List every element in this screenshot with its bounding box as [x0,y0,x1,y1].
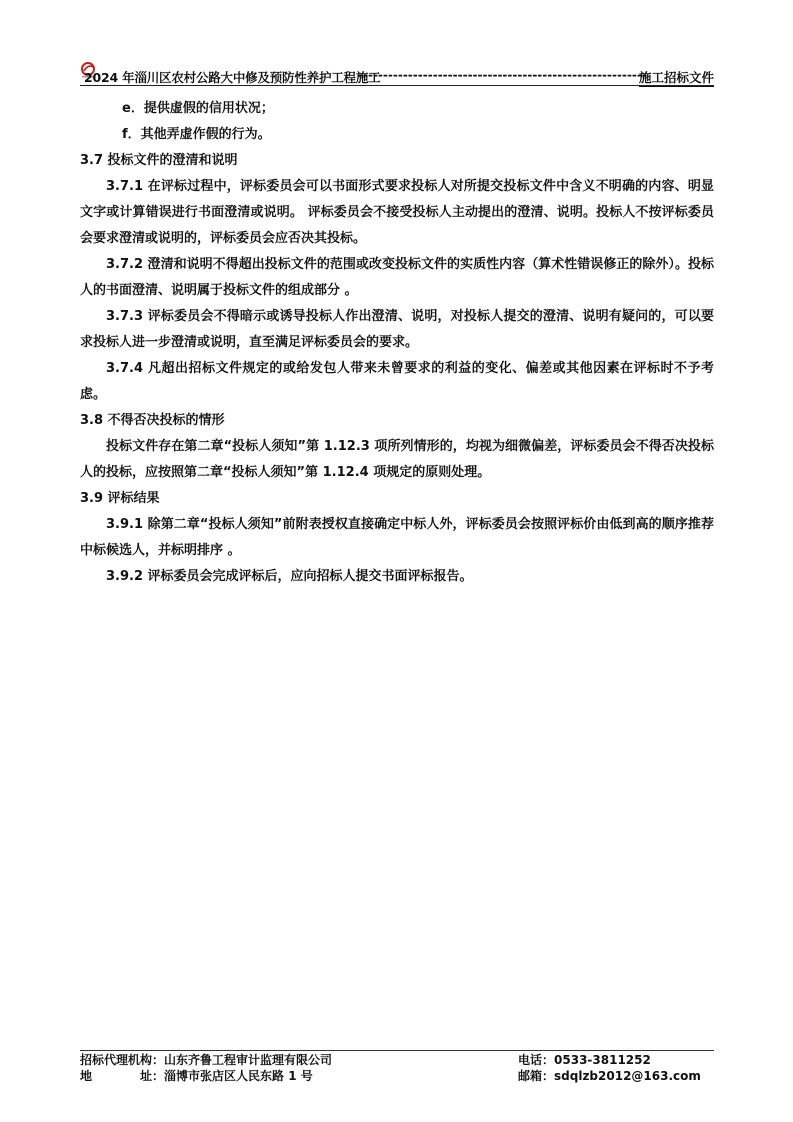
section-heading-3-8: 3.8 不得否决投标的情形 [80,408,714,434]
email-label: 邮箱： [518,1069,554,1083]
footer-divider [80,1050,714,1051]
header-dash-leader: ----------------------------------------… [358,68,648,82]
address-info: 地址：淄博市张店区人民东路 1 号 [80,1068,313,1084]
phone-label: 电话： [518,1053,554,1067]
paragraph-3-9-2: 3.9.2 评标委员会完成评标后，应向招标人提交书面评标报告。 [80,564,714,590]
address-value: 淄博市张店区人民东路 1 号 [164,1069,313,1083]
document-page: 2024 年淄川区农村公路大中修及预防性养护工程施工 -------------… [0,0,793,1122]
page-footer: 招标代理机构：山东齐鲁工程审计监理有限公司 电话：0533-3811252 地址… [80,1052,714,1084]
paragraph-3-8: 投标文件存在第二章“投标人须知”第 1.12.3 项所列情形的，均视为细微偏差，… [80,434,714,486]
footer-row-address: 地址：淄博市张店区人民东路 1 号 邮箱：sdqlzb2012@163.com [80,1068,714,1084]
agency-label: 招标代理机构： [80,1053,164,1067]
list-item: e．提供虚假的信用状况； [80,96,714,122]
paragraph-3-7-3: 3.7.3 评标委员会不得暗示或诱导投标人作出澄清、说明，对投标人提交的澄清、说… [80,304,714,356]
section-heading-3-9: 3.9 评标结果 [80,486,714,512]
paragraph-3-9-1: 3.9.1 除第二章“投标人须知”前附表授权直接确定中标人外，评标委员会按照评标… [80,512,714,564]
document-body: e．提供虚假的信用状况； f．其他弄虚作假的行为。 3.7 投标文件的澄清和说明… [80,96,714,590]
page-header: 2024 年淄川区农村公路大中修及预防性养护工程施工 -------------… [80,64,714,84]
header-divider [80,85,714,86]
agency-name: 山东齐鲁工程审计监理有限公司 [164,1053,332,1067]
phone-info: 电话：0533-3811252 [518,1052,651,1068]
header-project-title: 2024 年淄川区农村公路大中修及预防性养护工程施工 [84,68,380,86]
paragraph-3-7-4: 3.7.4 凡超出招标文件规定的或给发包人带来未曾要求的利益的变化、偏差或其他因… [80,356,714,408]
agency-info: 招标代理机构：山东齐鲁工程审计监理有限公司 [80,1052,332,1068]
section-heading-3-7: 3.7 投标文件的澄清和说明 [80,148,714,174]
paragraph-3-7-1: 3.7.1 在评标过程中，评标委员会可以书面形式要求投标人对所提交投标文件中含义… [80,174,714,252]
footer-row-agency: 招标代理机构：山东齐鲁工程审计监理有限公司 电话：0533-3811252 [80,1052,714,1068]
list-item: f．其他弄虚作假的行为。 [80,122,714,148]
email-info: 邮箱：sdqlzb2012@163.com [518,1068,701,1084]
address-label-char1: 地 [80,1068,140,1084]
email-address[interactable]: sdqlzb2012@163.com [554,1069,701,1083]
phone-number: 0533-3811252 [554,1053,651,1067]
paragraph-3-7-2: 3.7.2 澄清和说明不得超出投标文件的范围或改变投标文件的实质性内容（算术性错… [80,252,714,304]
address-label-char2: 址： [140,1069,164,1083]
